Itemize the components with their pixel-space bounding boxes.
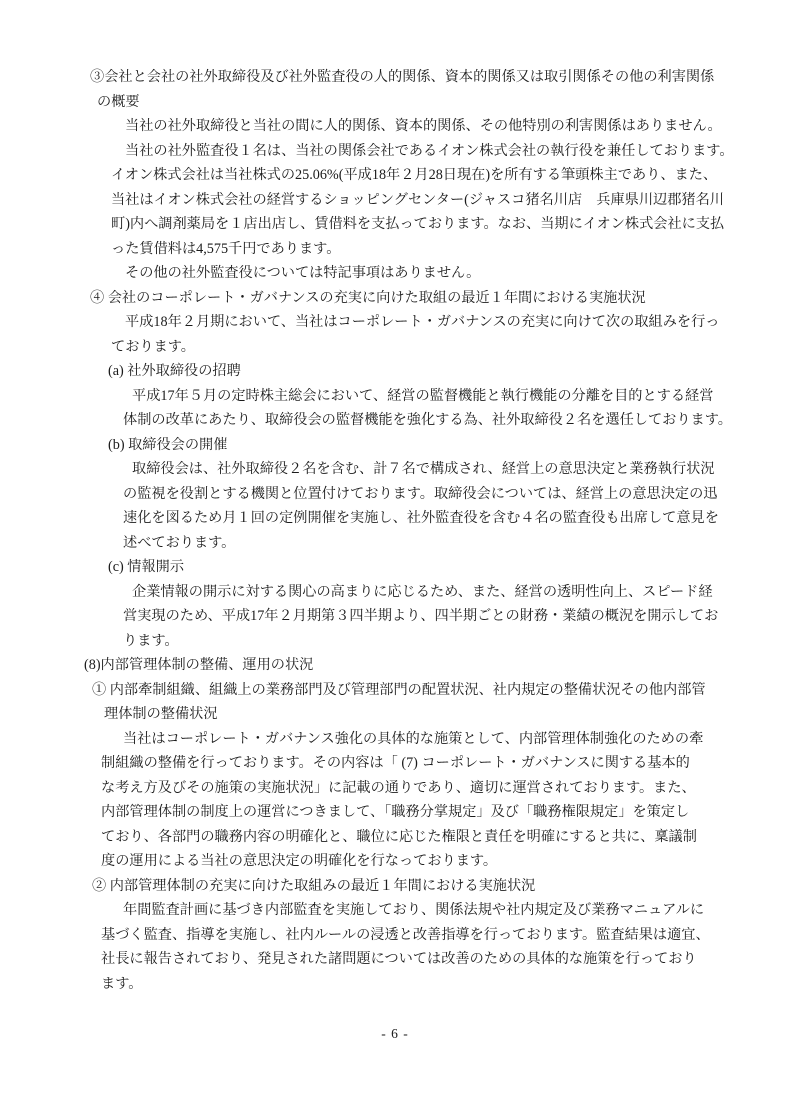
text-line: (c) 情報開示 — [0, 555, 790, 580]
text-line: 速化を図るため月１回の定例開催を実施し、社外監査役を含む４名の監査役も出席して意… — [0, 506, 790, 531]
text-line: ② 内部管理体制の充実に向けた取組みの最近１年間における実施状況 — [0, 874, 790, 899]
text-line: ます。 — [0, 972, 790, 997]
document-page: ③会社と会社の社外取締役及び社外監査役の人的関係、資本的関係又は取引関係その他の… — [0, 0, 790, 1118]
text-line: その他の社外監査役については特記事項はありません。 — [0, 261, 790, 286]
text-line: 制組織の整備を行っております。その内容は「 (7) コーポレート・ガバナンスに関… — [0, 751, 790, 776]
text-line: 社長に報告されており、発見された諸問題については改善のための具体的な施策を行って… — [0, 947, 790, 972]
text-line: な考え方及びその施策の実施状況」に記載の通りであり、適切に運営されております。ま… — [0, 776, 790, 801]
text-line: 度の運用による当社の意思決定の明確化を行なっております。 — [0, 849, 790, 874]
text-line: った賃借料は4,575千円であります。 — [0, 237, 790, 262]
text-line: 平成18年２月期において、当社はコーポレート・ガバナンスの充実に向けて次の取組み… — [0, 310, 790, 335]
text-line: 企業情報の開示に対する関心の高まりに応じるため、また、経営の透明性向上、スピード… — [0, 580, 790, 605]
text-line: イオン株式会社は当社株式の25.06%(平成18年２月28日現在)を所有する筆頭… — [0, 163, 790, 188]
text-line: 取締役会は、社外取締役２名を含む、計７名で構成され、経営上の意思決定と業務執行状… — [0, 457, 790, 482]
page-number: - 6 - — [0, 1026, 790, 1042]
text-line: 当社はコーポレート・ガバナンス強化の具体的な施策として、内部管理体制強化のための… — [0, 727, 790, 752]
document-body: ③会社と会社の社外取締役及び社外監査役の人的関係、資本的関係又は取引関係その他の… — [0, 65, 790, 996]
text-line: 年間監査計画に基づき内部監査を実施しており、関係法規や社内規定及び業務マニュアル… — [0, 898, 790, 923]
text-line: 当社はイオン株式会社の経営するショッピングセンター(ジャスコ猪名川店 兵庫県川辺… — [0, 188, 790, 213]
text-line: (8)内部管理体制の整備、運用の状況 — [0, 653, 790, 678]
text-line: ① 内部牽制組織、組織上の業務部門及び管理部門の配置状況、社内規定の整備状況その… — [0, 678, 790, 703]
text-line: ります。 — [0, 629, 790, 654]
text-line: 平成17年５月の定時株主総会において、経営の監督機能と執行機能の分離を目的とする… — [0, 384, 790, 409]
text-line: (a) 社外取締役の招聘 — [0, 359, 790, 384]
text-line: の監視を役割とする機関と位置付けております。取締役会については、経営上の意思決定… — [0, 482, 790, 507]
text-line: 当社の社外取締役と当社の間に人的関係、資本的関係、その他特別の利害関係はありませ… — [0, 114, 790, 139]
text-line: ④ 会社のコーポレート・ガバナンスの充実に向けた取組の最近１年間における実施状況 — [0, 286, 790, 311]
text-line: 基づく監査、指導を実施し、社内ルールの浸透と改善指導を行っております。監査結果は… — [0, 923, 790, 948]
text-line: 内部管理体制の制度上の運営につきまして、「職務分掌規定」及び「職務権限規定」を策… — [0, 800, 790, 825]
text-line: ③会社と会社の社外取締役及び社外監査役の人的関係、資本的関係又は取引関係その他の… — [0, 65, 790, 90]
text-line: の概要 — [0, 90, 790, 115]
text-line: 理体制の整備状況 — [0, 702, 790, 727]
text-line: ており、各部門の職務内容の明確化と、職位に応じた権限と責任を明確にすると共に、稟… — [0, 825, 790, 850]
text-line: ております。 — [0, 335, 790, 360]
text-line: (b) 取締役会の開催 — [0, 433, 790, 458]
text-line: 営実現のため、平成17年２月期第３四半期より、四半期ごとの財務・業績の概況を開示… — [0, 604, 790, 629]
text-line: 述べております。 — [0, 531, 790, 556]
text-line: 町)内へ調剤薬局を１店出店し、賃借料を支払っております。なお、当期にイオン株式会… — [0, 212, 790, 237]
text-line: 当社の社外監査役１名は、当社の関係会社であるイオン株式会社の執行役を兼任しており… — [0, 139, 790, 164]
text-line: 体制の改革にあたり、取締役会の監督機能を強化する為、社外取締役２名を選任しており… — [0, 408, 790, 433]
